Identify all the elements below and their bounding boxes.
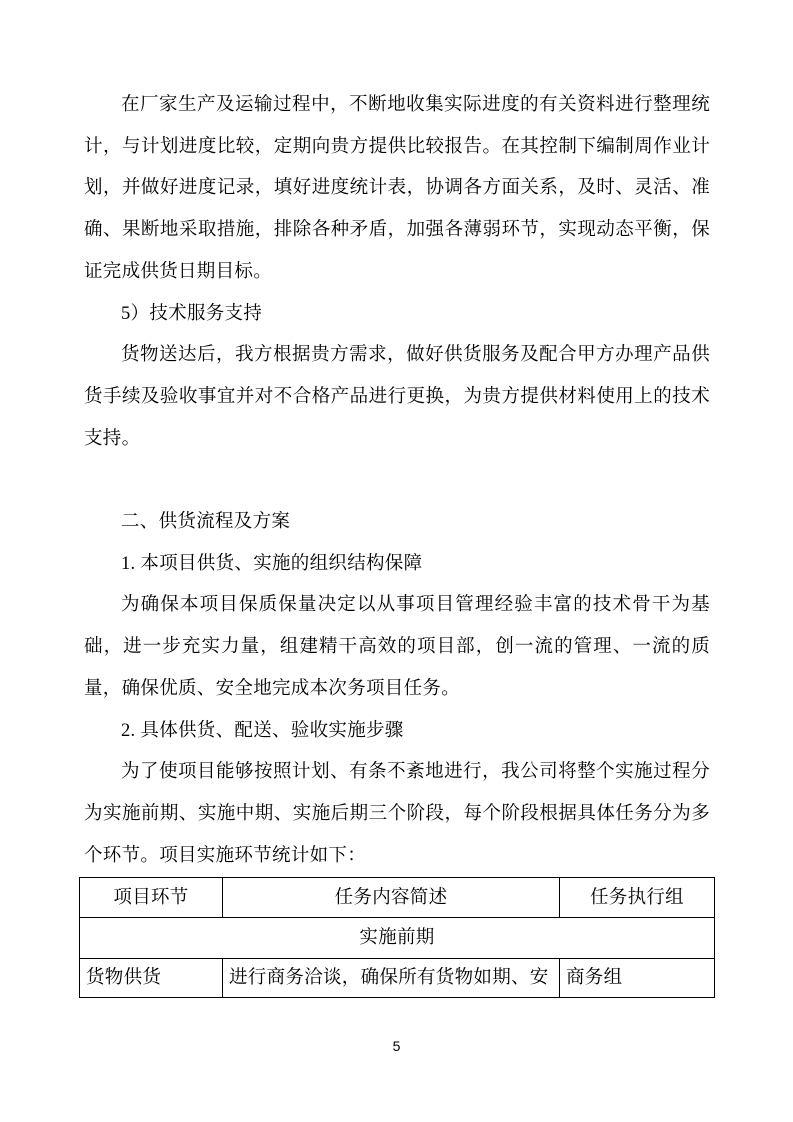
table-row: 货物供货 进行商务洽谈，确保所有货物如期、安 商务组 xyxy=(80,959,715,998)
table-header-row: 项目环节 任务内容简述 任务执行组 xyxy=(80,878,715,918)
paragraph-org-structure: 为确保本项目保质保量决定以从事项目管理经验丰富的技术骨干为基础，进一步充实力量，… xyxy=(84,585,710,710)
cell-group: 商务组 xyxy=(560,959,715,998)
subsection-title-implementation-steps: 2. 具体供货、配送、验收实施步骤 xyxy=(84,711,710,753)
implementation-steps-table: 项目环节 任务内容简述 任务执行组 实施前期 货物供货 进行商务洽谈，确保所有货… xyxy=(79,877,715,998)
document-page: 在厂家生产及运输过程中，不断地收集实际进度的有关资料进行整理统计，与计划进度比较… xyxy=(0,0,793,1122)
blank-line xyxy=(84,460,710,502)
cell-task: 进行商务洽谈，确保所有货物如期、安 xyxy=(223,959,560,998)
header-cell-project-phase: 项目环节 xyxy=(80,878,223,918)
heading-tech-service-support: 5）技术服务支持 xyxy=(84,294,710,336)
table-section-row: 实施前期 xyxy=(80,918,715,959)
document-content: 在厂家生产及运输过程中，不断地收集实际进度的有关资料进行整理统计，与计划进度比较… xyxy=(0,0,793,998)
paragraph-progress-control: 在厂家生产及运输过程中，不断地收集实际进度的有关资料进行整理统计，与计划进度比较… xyxy=(84,85,710,294)
header-cell-task-group: 任务执行组 xyxy=(560,878,715,918)
paragraph-tech-service: 货物送达后，我方根据贵方需求，做好供货服务及配合甲方办理产品供货手续及验收事宜并… xyxy=(84,335,710,460)
page-number: 5 xyxy=(0,1038,793,1054)
subsection-title-org-structure: 1. 本项目供货、实施的组织结构保障 xyxy=(84,544,710,586)
section-cell-early-phase: 实施前期 xyxy=(80,918,715,959)
cell-phase: 货物供货 xyxy=(80,959,223,998)
paragraph-implementation-phases: 为了使项目能够按照计划、有条不紊地进行，我公司将整个实施过程分为实施前期、实施中… xyxy=(84,752,710,877)
section-title-supply-process: 二、供货流程及方案 xyxy=(84,502,710,544)
header-cell-task-summary: 任务内容简述 xyxy=(223,878,560,918)
